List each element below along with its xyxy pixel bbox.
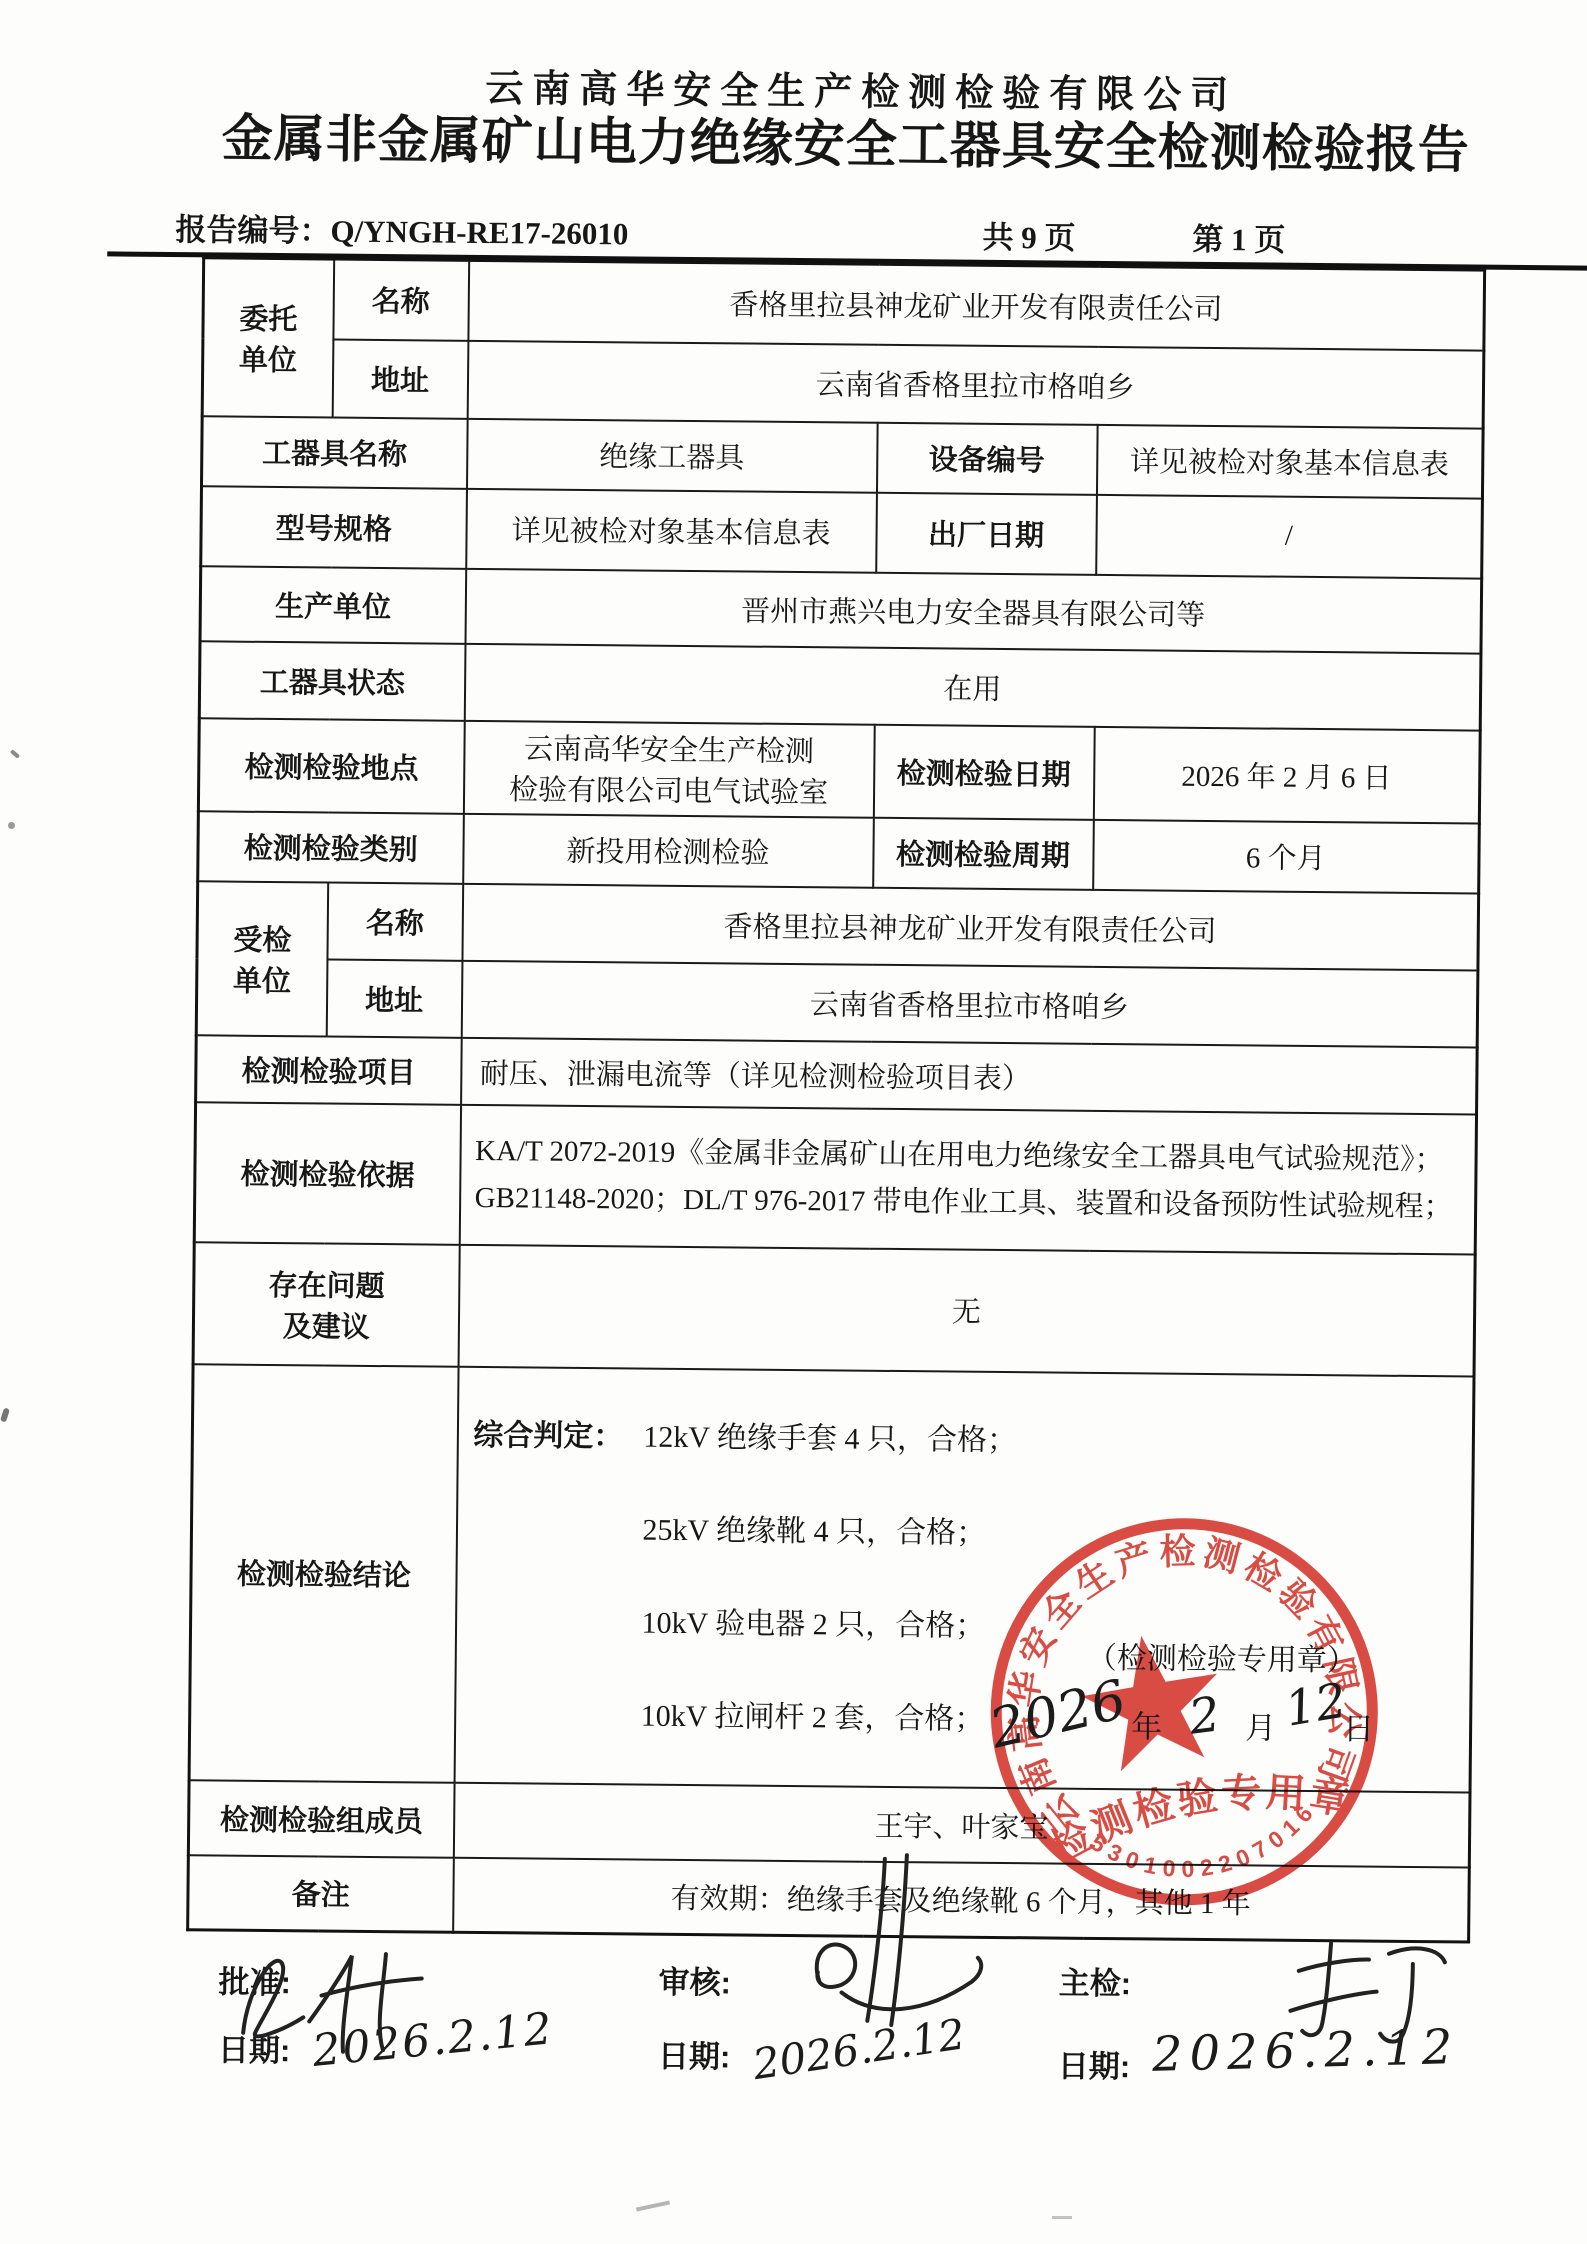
- month-unit: 月: [1245, 1702, 1276, 1747]
- cell-client-name: 香格里拉县神龙矿业开发有限责任公司: [468, 260, 1485, 350]
- cell-conclusion-label: 检测检验结论: [189, 1364, 458, 1783]
- chief-signature: [1272, 1927, 1458, 2054]
- approve-signature: [225, 1933, 441, 2065]
- cell-tool-label: 工器具名称: [202, 416, 468, 489]
- table-row: 存在问题 及建议 无: [193, 1242, 1475, 1376]
- table-row: 型号规格 详见被检对象基本信息表 出厂日期 /: [201, 486, 1483, 578]
- cell-cycle-label: 检测检验周期: [873, 817, 1094, 889]
- review-date-label: 日期:: [658, 2031, 731, 2077]
- page-current: 第 1 页: [1192, 214, 1285, 260]
- report-sheet: 云南高华安全生产检测检验有限公司 金属非金属矿山电力绝缘安全工器具安全检测检验报…: [0, 0, 1587, 2244]
- cell-problems-label: 存在问题 及建议: [193, 1242, 459, 1367]
- conclusion-item: 12kV 绝缘手套 4 只，合格；: [643, 1411, 1017, 1459]
- cell-location: 云南高华安全生产检测 检验有限公司电气试验室: [463, 720, 874, 817]
- table-row: 受检 单位 名称 香格里拉县神龙矿业开发有限责任公司: [197, 881, 1479, 970]
- cell-insp-date-label: 检测检验日期: [873, 724, 1094, 819]
- cell-basis-label: 检测检验依据: [194, 1102, 460, 1245]
- cell-items: 耐压、泄漏电流等（详见检测检验项目表）: [461, 1037, 1478, 1114]
- table-row: 检测检验类别 新投用检测检验 检测检验周期 6 个月: [198, 811, 1480, 893]
- table-row: 生产单位 晋州市燕兴电力安全器具有限公司等: [200, 566, 1482, 653]
- cell-status: 在用: [464, 643, 1481, 730]
- cell-model-value: 详见被检对象基本信息表: [466, 488, 877, 572]
- cell-inspected-group-label: 受检 单位: [196, 881, 327, 1036]
- pages-total: 共 9 页: [982, 212, 1075, 258]
- chief-label: 主检:: [1058, 1958, 1131, 2004]
- cell-device-no-label: 设备编号: [876, 422, 1097, 494]
- cell-manufacturer-label: 生产单位: [200, 566, 466, 644]
- table-row: 工器具状态 在用: [199, 641, 1481, 730]
- handwritten-day: 12: [1281, 1672, 1350, 1737]
- year-unit: 年: [1131, 1701, 1162, 1746]
- cell-basis: KA/T 2072-2019《金属非金属矿山在用电力绝缘安全工器具电气试验规范》…: [459, 1104, 1476, 1254]
- judge-label: 综合判定：: [473, 1409, 643, 1455]
- cell-mfg-date-label: 出厂日期: [876, 492, 1097, 574]
- cell-client-group-label: 委托 单位: [202, 258, 334, 417]
- scan-speckle: [1052, 2216, 1072, 2219]
- cell-mfg-date: /: [1096, 494, 1483, 578]
- chief-date-label: 日期:: [1058, 2041, 1131, 2087]
- review-signature: [785, 1852, 1012, 2069]
- cell-team-label: 检测检验组成员: [188, 1780, 454, 1858]
- cell-manufacturer: 晋州市燕兴电力安全器具有限公司等: [465, 568, 1482, 653]
- cell-inspected-name: 香格里拉县神龙矿业开发有限责任公司: [462, 883, 1479, 970]
- cell-insp-date: 2026 年 2 月 6 日: [1093, 726, 1480, 823]
- cell-model-label: 型号规格: [201, 486, 467, 569]
- scanned-report-page: 云南高华安全生产检测检验有限公司 金属非金属矿山电力绝缘安全工器具安全检测检验报…: [0, 0, 1587, 2244]
- cell-device-no: 详见被检对象基本信息表: [1096, 424, 1483, 498]
- table-row: 检测检验项目 耐压、泄漏电流等（详见检测检验项目表）: [196, 1035, 1478, 1114]
- table-row: 检测检验地点 云南高华安全生产检测 检验有限公司电气试验室 检测检验日期 202…: [198, 718, 1480, 823]
- cell-location-label: 检测检验地点: [198, 718, 464, 814]
- cell-client-addr-label: 地址: [332, 339, 468, 418]
- cell-inspected-name-label: 名称: [327, 882, 463, 960]
- cell-client-addr: 云南省香格里拉市格咱乡: [467, 340, 1484, 428]
- cell-problems: 无: [458, 1244, 1475, 1376]
- report-title: 金属非金属矿山电力绝缘安全工器具安全检测检验报告: [108, 95, 1584, 183]
- review-label: 审核:: [658, 1957, 731, 2003]
- conclusion-date-line: 2026 年 2 月 12 日: [989, 1674, 1430, 1773]
- scan-speckle: [8, 822, 15, 829]
- cell-client-name-label: 名称: [333, 259, 469, 340]
- handwritten-year: 2026: [984, 1667, 1132, 1760]
- cell-tool-value: 绝缘工器具: [466, 418, 877, 492]
- cell-category: 新投用检测检验: [463, 813, 874, 887]
- cell-inspected-addr: 云南省香格里拉市格咱乡: [461, 960, 1478, 1047]
- cell-status-label: 工器具状态: [199, 641, 465, 721]
- cell-cycle: 6 个月: [1093, 819, 1480, 893]
- cell-inspected-addr-label: 地址: [326, 959, 462, 1037]
- table-row: 工器具名称 绝缘工器具 设备编号 详见被检对象基本信息表: [202, 416, 1484, 498]
- table-row: 地址 云南省香格里拉市格咱乡: [196, 958, 1478, 1047]
- seal-note: （检测检验专用章）: [1087, 1633, 1357, 1680]
- table-row: 委托 单位 名称 香格里拉县神龙矿业开发有限责任公司: [203, 258, 1485, 350]
- table-row: 检测检验依据 KA/T 2072-2019《金属非金属矿山在用电力绝缘安全工器具…: [194, 1102, 1476, 1254]
- cell-category-label: 检测检验类别: [198, 811, 464, 884]
- report-number: 报告编号：Q/YNGH-RE17-26010: [175, 204, 628, 253]
- handwritten-month: 2: [1186, 1686, 1224, 1745]
- table-row: 地址 云南省香格里拉市格咱乡: [202, 338, 1484, 428]
- cell-items-label: 检测检验项目: [196, 1035, 462, 1105]
- day-unit: 日: [1343, 1703, 1374, 1748]
- cell-remark-label: 备注: [188, 1855, 454, 1933]
